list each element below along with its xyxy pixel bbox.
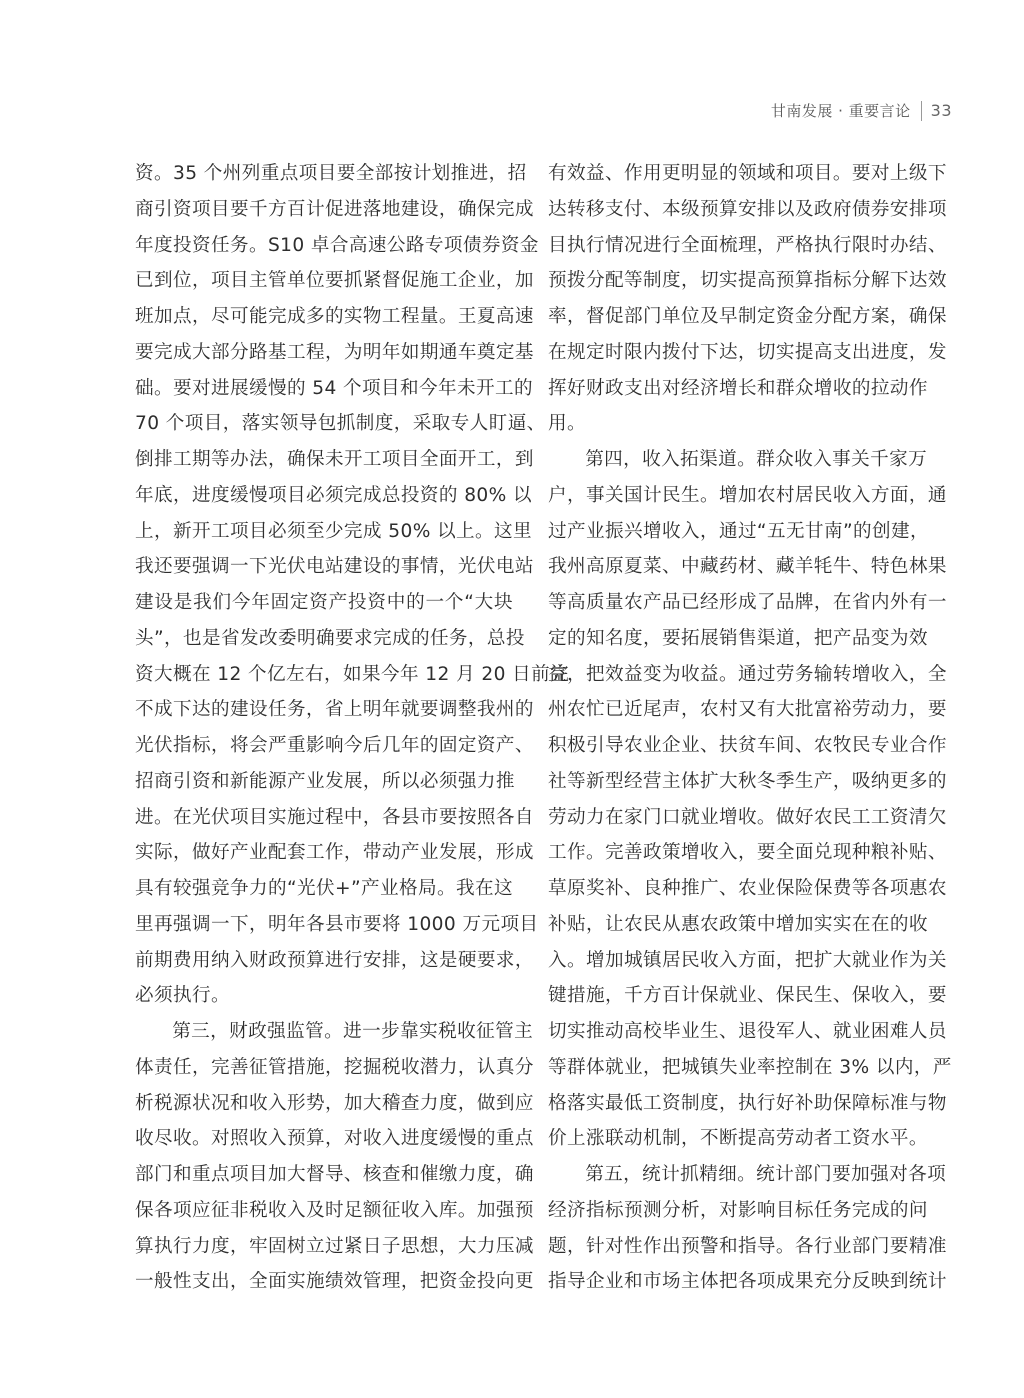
text-line: 算执行力度，牢固树立过紧日子思想，大力压减 [135, 1229, 513, 1265]
text-line: 等高质量农产品已经形成了品牌，在省内外有一 [548, 585, 926, 621]
text-line: 商引资项目要千方百计促进落地建设，确保完成 [135, 192, 513, 228]
text-line: 第四，收入拓渠道。群众收入事关千家万 [548, 442, 926, 478]
text-line: 户，事关国计民生。增加农村居民收入方面，通 [548, 478, 926, 514]
text-line: 经济指标预测分析，对影响目标任务完成的问 [548, 1193, 926, 1229]
text-line: 收尽收。对照收入预算，对收入进度缓慢的重点 [135, 1121, 513, 1157]
text-line: 劳动力在家门口就业增收。做好农民工工资清欠 [548, 800, 926, 836]
text-line: 建设是我们今年固定资产投资中的一个“大块 [135, 585, 513, 621]
text-line: 不成下达的建设任务，省上明年就要调整我州的 [135, 692, 513, 728]
text-line: 定的知名度，要拓展销售渠道，把产品变为效 [548, 621, 926, 657]
text-line: 前期费用纳入财政预算进行安排，这是硬要求， [135, 943, 513, 979]
text-line: 积极引导农业企业、扶贫车间、农牧民专业合作 [548, 728, 926, 764]
text-line: 70 个项目，落实领导包抓制度，采取专人盯逼、 [135, 406, 513, 442]
text-line: 在规定时限内拨付下达，切实提高支出进度，发 [548, 335, 926, 371]
text-line: 部门和重点项目加大督导、核查和催缴力度，确 [135, 1157, 513, 1193]
text-line: 进。在光伏项目实施过程中，各县市要按照各自 [135, 800, 513, 836]
text-line: 保各项应征非税收入及时足额征收入库。加强预 [135, 1193, 513, 1229]
text-line: 题，针对性作出预警和指导。各行业部门要精准 [548, 1229, 926, 1265]
paragraph: 有效益、作用更明显的领域和项目。要对上级下达转移支付、本级预算安排以及政府债券安… [548, 156, 926, 442]
text-line: 目执行情况进行全面梳理，严格执行限时办结、 [548, 228, 926, 264]
text-line: 招商引资和新能源产业发展，所以必须强力推 [135, 764, 513, 800]
text-line: 体责任，完善征管措施，挖掘税收潜力，认真分 [135, 1050, 513, 1086]
text-line: 第五，统计抓精细。统计部门要加强对各项 [548, 1157, 926, 1193]
text-line: 价上涨联动机制，不断提高劳动者工资水平。 [548, 1121, 926, 1157]
text-line: 州农忙已近尾声，农村又有大批富裕劳动力，要 [548, 692, 926, 728]
text-line: 具有较强竞争力的“光伏+”产业格局。我在这 [135, 871, 513, 907]
paragraph: 第五，统计抓精细。统计部门要加强对各项经济指标预测分析，对影响目标任务完成的问题… [548, 1157, 926, 1300]
text-column-right: 有效益、作用更明显的领域和项目。要对上级下达转移支付、本级预算安排以及政府债券安… [548, 156, 926, 1300]
text-line: 实际，做好产业配套工作，带动产业发展，形成 [135, 835, 513, 871]
text-line: 头”，也是省发改委明确要求完成的任务，总投 [135, 621, 513, 657]
text-line: 格落实最低工资制度，执行好补助保障标准与物 [548, 1086, 926, 1122]
text-line: 达转移支付、本级预算安排以及政府债券安排项 [548, 192, 926, 228]
text-line: 我还要强调一下光伏电站建设的事情，光伏电站 [135, 549, 513, 585]
text-line: 已到位，项目主管单位要抓紧督促施工企业，加 [135, 263, 513, 299]
text-column-left: 资。35 个州列重点项目要全部按计划推进，招商引资项目要千方百计促进落地建设，确… [135, 156, 513, 1300]
text-line: 年底，进度缓慢项目必须完成总投资的 80% 以 [135, 478, 513, 514]
text-line: 上，新开工项目必须至少完成 50% 以上。这里 [135, 514, 513, 550]
text-line: 我州高原夏菜、中藏药材、藏羊牦牛、特色林果 [548, 549, 926, 585]
text-line: 资。35 个州列重点项目要全部按计划推进，招 [135, 156, 513, 192]
text-line: 等群体就业，把城镇失业率控制在 3% 以内，严 [548, 1050, 926, 1086]
text-line: 补贴，让农民从惠农政策中增加实实在在的收 [548, 907, 926, 943]
text-line: 预拨分配等制度，切实提高预算指标分解下达效 [548, 263, 926, 299]
text-line: 键措施，千方百计保就业、保民生、保收入，要 [548, 978, 926, 1014]
text-line: 倒排工期等办法，确保未开工项目全面开工，到 [135, 442, 513, 478]
text-line: 础。要对进展缓慢的 54 个项目和今年未开工的 [135, 371, 513, 407]
text-line: 益，把效益变为收益。通过劳务输转增收入，全 [548, 657, 926, 693]
text-line: 工作。完善政策增收入，要全面兑现种粮补贴、 [548, 835, 926, 871]
text-line: 一般性支出，全面实施绩效管理，把资金投向更 [135, 1264, 513, 1300]
text-line: 里再强调一下，明年各县市要将 1000 万元项目 [135, 907, 513, 943]
text-line: 切实推动高校毕业生、退役军人、就业困难人员 [548, 1014, 926, 1050]
text-line: 班加点，尽可能完成多的实物工程量。王夏高速 [135, 299, 513, 335]
header-divider [921, 101, 922, 121]
section-title: 甘南发展 · 重要言论 [771, 100, 911, 121]
text-line: 入。增加城镇居民收入方面，把扩大就业作为关 [548, 943, 926, 979]
text-line: 社等新型经营主体扩大秋冬季生产，吸纳更多的 [548, 764, 926, 800]
page-number: 33 [931, 101, 952, 120]
paragraph: 第四，收入拓渠道。群众收入事关千家万户，事关国计民生。增加农村居民收入方面，通过… [548, 442, 926, 1157]
text-line: 资大概在 12 个亿左右，如果今年 12 月 20 日前完 [135, 657, 513, 693]
text-line: 挥好财政支出对经济增长和群众增收的拉动作 [548, 371, 926, 407]
text-line: 草原奖补、良种推广、农业保险保费等各项惠农 [548, 871, 926, 907]
text-line: 析税源状况和收入形势，加大稽查力度，做到应 [135, 1086, 513, 1122]
text-line: 光伏指标，将会严重影响今后几年的固定资产、 [135, 728, 513, 764]
text-line: 要完成大部分路基工程，为明年如期通车奠定基 [135, 335, 513, 371]
text-line: 用。 [548, 406, 926, 442]
text-line: 指导企业和市场主体把各项成果充分反映到统计 [548, 1264, 926, 1300]
paragraph: 资。35 个州列重点项目要全部按计划推进，招商引资项目要千方百计促进落地建设，确… [135, 156, 513, 1014]
text-line: 必须执行。 [135, 978, 513, 1014]
text-line: 率，督促部门单位及早制定资金分配方案，确保 [548, 299, 926, 335]
running-header: 甘南发展 · 重要言论 33 [771, 100, 952, 121]
text-line: 第三，财政强监管。进一步靠实税收征管主 [135, 1014, 513, 1050]
text-line: 年度投资任务。S10 卓合高速公路专项债券资金 [135, 228, 513, 264]
text-line: 有效益、作用更明显的领域和项目。要对上级下 [548, 156, 926, 192]
text-line: 过产业振兴增收入，通过“五无甘南”的创建， [548, 514, 926, 550]
paragraph: 第三，财政强监管。进一步靠实税收征管主体责任，完善征管措施，挖掘税收潜力，认真分… [135, 1014, 513, 1300]
